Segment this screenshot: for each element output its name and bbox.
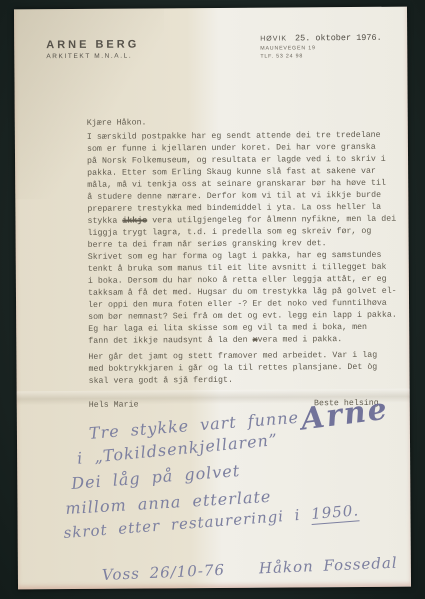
closing-left: Hels Marie: [89, 400, 139, 412]
paragraph-1: I særskild postpakke har eg sendt attend…: [87, 130, 391, 348]
typed-letter-body: Kjære Håkon. I særskild postpakke har eg…: [87, 116, 391, 412]
sender-title: ARKITEKT M.N.A.L.: [46, 53, 139, 61]
sender-name: ARNE BERG: [46, 39, 139, 52]
paragraph-2: Her går det jamt og stett framover med a…: [88, 350, 390, 388]
underlined-text: 1950.: [311, 501, 360, 525]
text-line: Eg har laga ei lita skisse som eg vil ta…: [88, 322, 390, 336]
scanned-letter-photo: ARNE BERG ARKITEKT M.N.A.L. HØVIK25. okt…: [0, 0, 425, 599]
sender-phone: TLF. 53 24 98: [260, 53, 382, 60]
date-text: 25. oktober 1976.: [295, 33, 382, 44]
handwritten-name: Håkon Fossedal: [259, 554, 398, 578]
letter-paper: ARNE BERG ARKITEKT M.N.A.L. HØVIK25. okt…: [14, 7, 411, 590]
text-line: med boktrykkjaren i går og la til rettes…: [88, 362, 390, 376]
text-line: liggja trygt lagra, t.d. i predella som …: [88, 226, 390, 240]
sender-address: MAUNEVEGEN 19: [260, 45, 382, 52]
handwritten-place-date: Voss 26/10-76: [102, 561, 226, 584]
place-label: HØVIK: [260, 35, 287, 42]
place-date-line: HØVIK25. oktober 1976.: [260, 33, 382, 44]
letterhead-sender: ARNE BERG ARKITEKT M.N.A.L.: [46, 39, 139, 61]
struck-text: ikkje: [122, 216, 147, 225]
text-line: skal vera godt å sjå ferdigt.: [89, 374, 391, 388]
text-line: fann det ikkje naudsynt å la den xvera m…: [88, 334, 390, 348]
handwritten-dateline: Voss 26/10-76 Håkon Fossedal: [102, 553, 402, 584]
letterhead-place-date: HØVIK25. oktober 1976. MAUNEVEGEN 19 TLF…: [260, 33, 382, 60]
greeting: Kjære Håkon.: [87, 116, 389, 130]
handwritten-notes: Tre stykke vart funnei „Tokildsenkjellar…: [63, 419, 360, 546]
